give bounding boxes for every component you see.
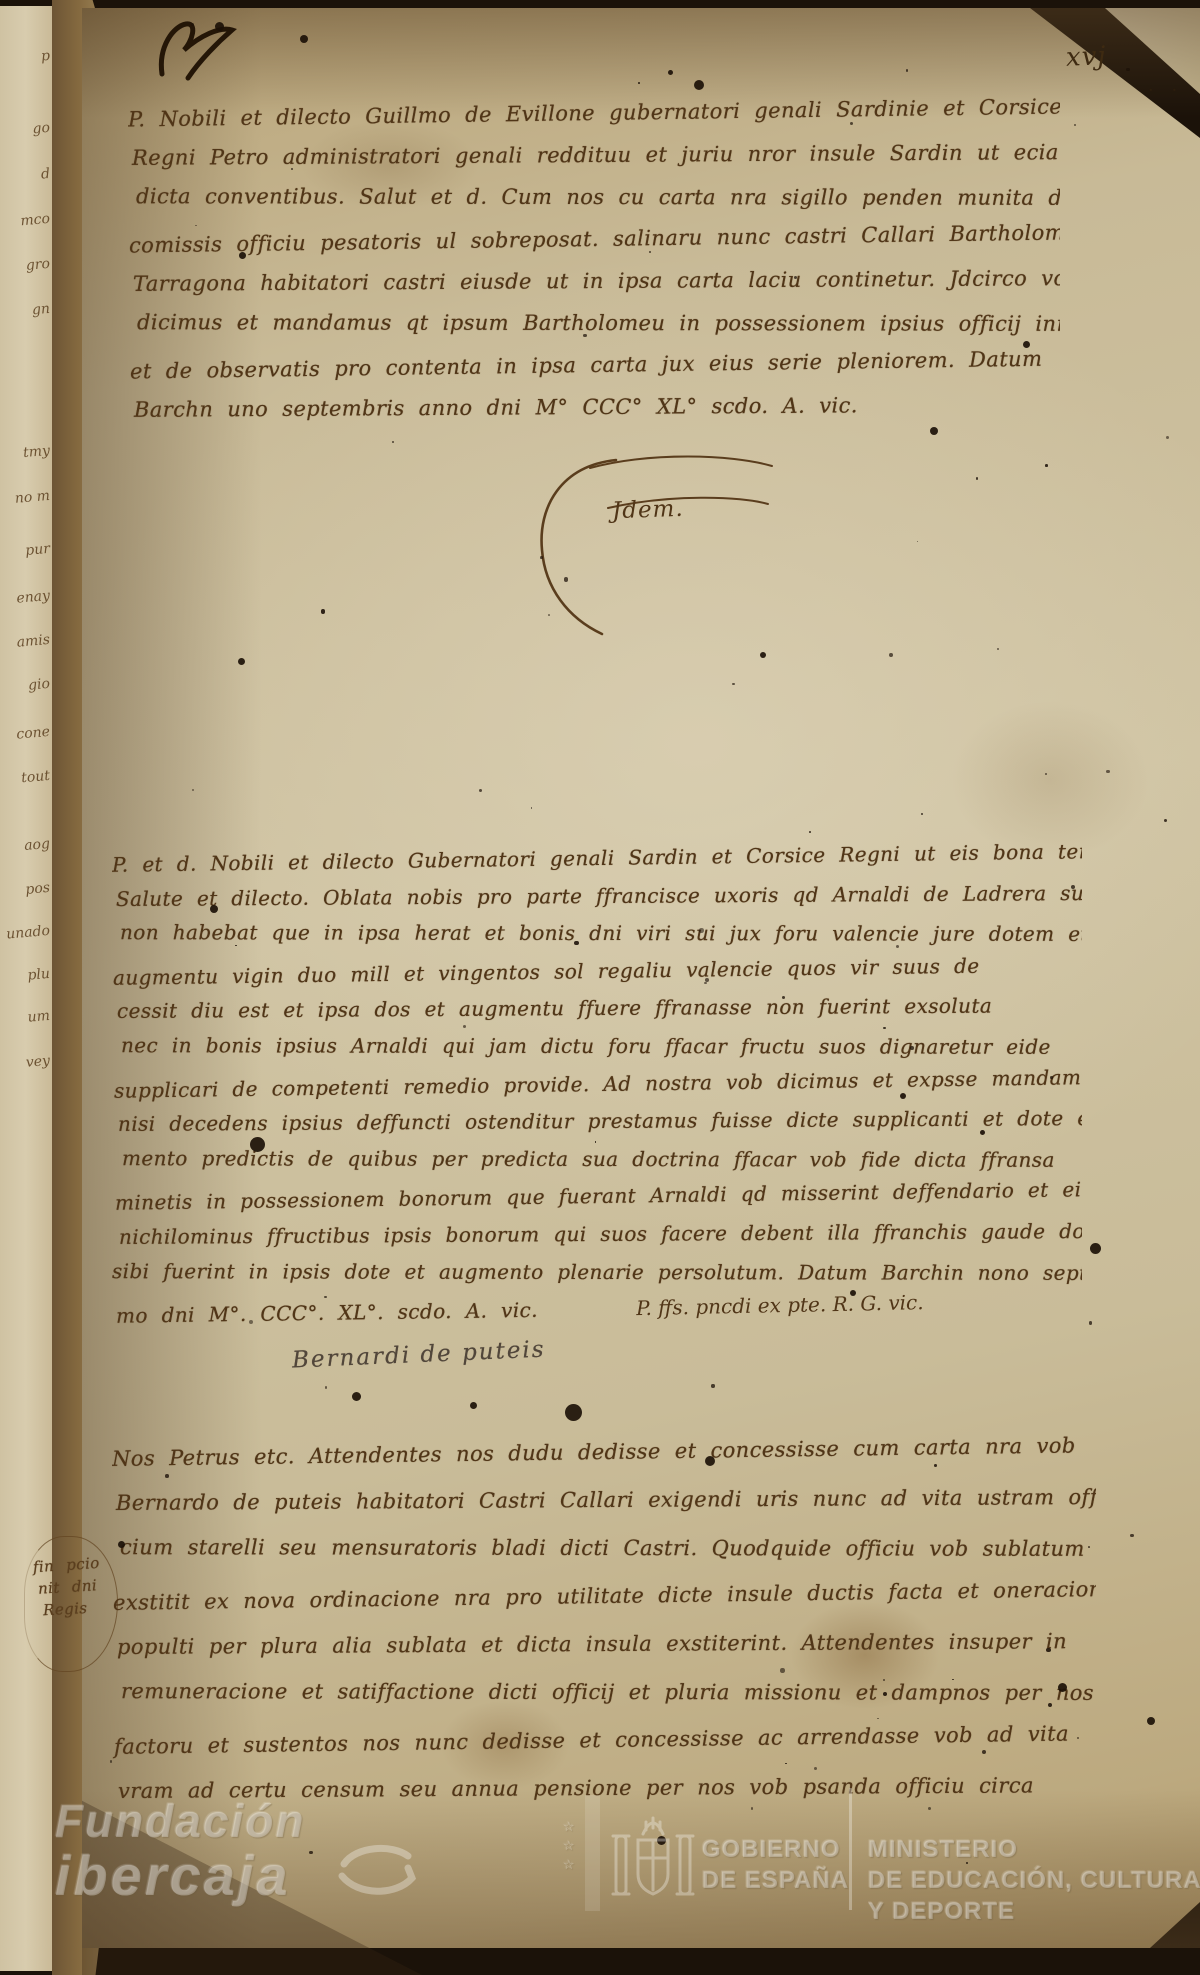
folio-dots: · · — [1148, 80, 1183, 101]
manuscript-line: Regni Petro administratori genali reddit… — [128, 131, 1060, 179]
manuscript-scan: pgodmcogrogntmyno mpurenayamisgioconetou… — [0, 0, 1200, 1975]
manuscript-line: cessit diu est et ipsa dos et augmentu f… — [112, 987, 1082, 1031]
manuscript-line: populti per plura alia sublata et dicta … — [112, 1617, 1096, 1671]
manuscript-line: dicimus et mandamus qt ipsum Bartholomeu… — [128, 301, 1060, 345]
manuscript-line: cium starelli seu mensuratoris bladi dic… — [112, 1523, 1096, 1573]
manuscript-line: remuneracione et satiffactione dicti off… — [112, 1667, 1096, 1717]
register-entry-3: Nos Petrus etc. Attendentes nos dudu ded… — [112, 1428, 1096, 1812]
manuscript-line: vram ad certu censum seu annua pensione … — [112, 1761, 1096, 1812]
margin-note: fin pcionit dniRegis — [32, 1552, 102, 1621]
manuscript-line: Barchn uno septembris anno dni M° CCC° X… — [128, 383, 1060, 428]
manuscript-line: nisi decedens ipsius deffuncti ostenditu… — [112, 1100, 1082, 1144]
folio-number: xvj — [1065, 41, 1106, 72]
manuscript-line: Salute et dilecto. Oblata nobis pro part… — [112, 875, 1082, 919]
manuscript-line: Bernardo de puteis habitatori Castri Cal… — [112, 1473, 1096, 1527]
manuscript-line: Tarragona habitatori castri eiusde ut in… — [128, 257, 1060, 305]
manuscript-line: dicta conventibus. Salut et d. Cum nos c… — [128, 175, 1060, 219]
manuscript-line: Regis — [35, 1596, 103, 1621]
register-entry-2: P. et d. Nobili et dilecto Gubernatori g… — [112, 840, 1082, 1329]
manuscript-line: nichilominus ffructibus ipsis bonorum qu… — [112, 1213, 1082, 1257]
register-entry-1: P. Nobili et dilecto Guillmo de Evillone… — [128, 92, 1060, 428]
idem-mark: Jdem. — [612, 496, 685, 524]
